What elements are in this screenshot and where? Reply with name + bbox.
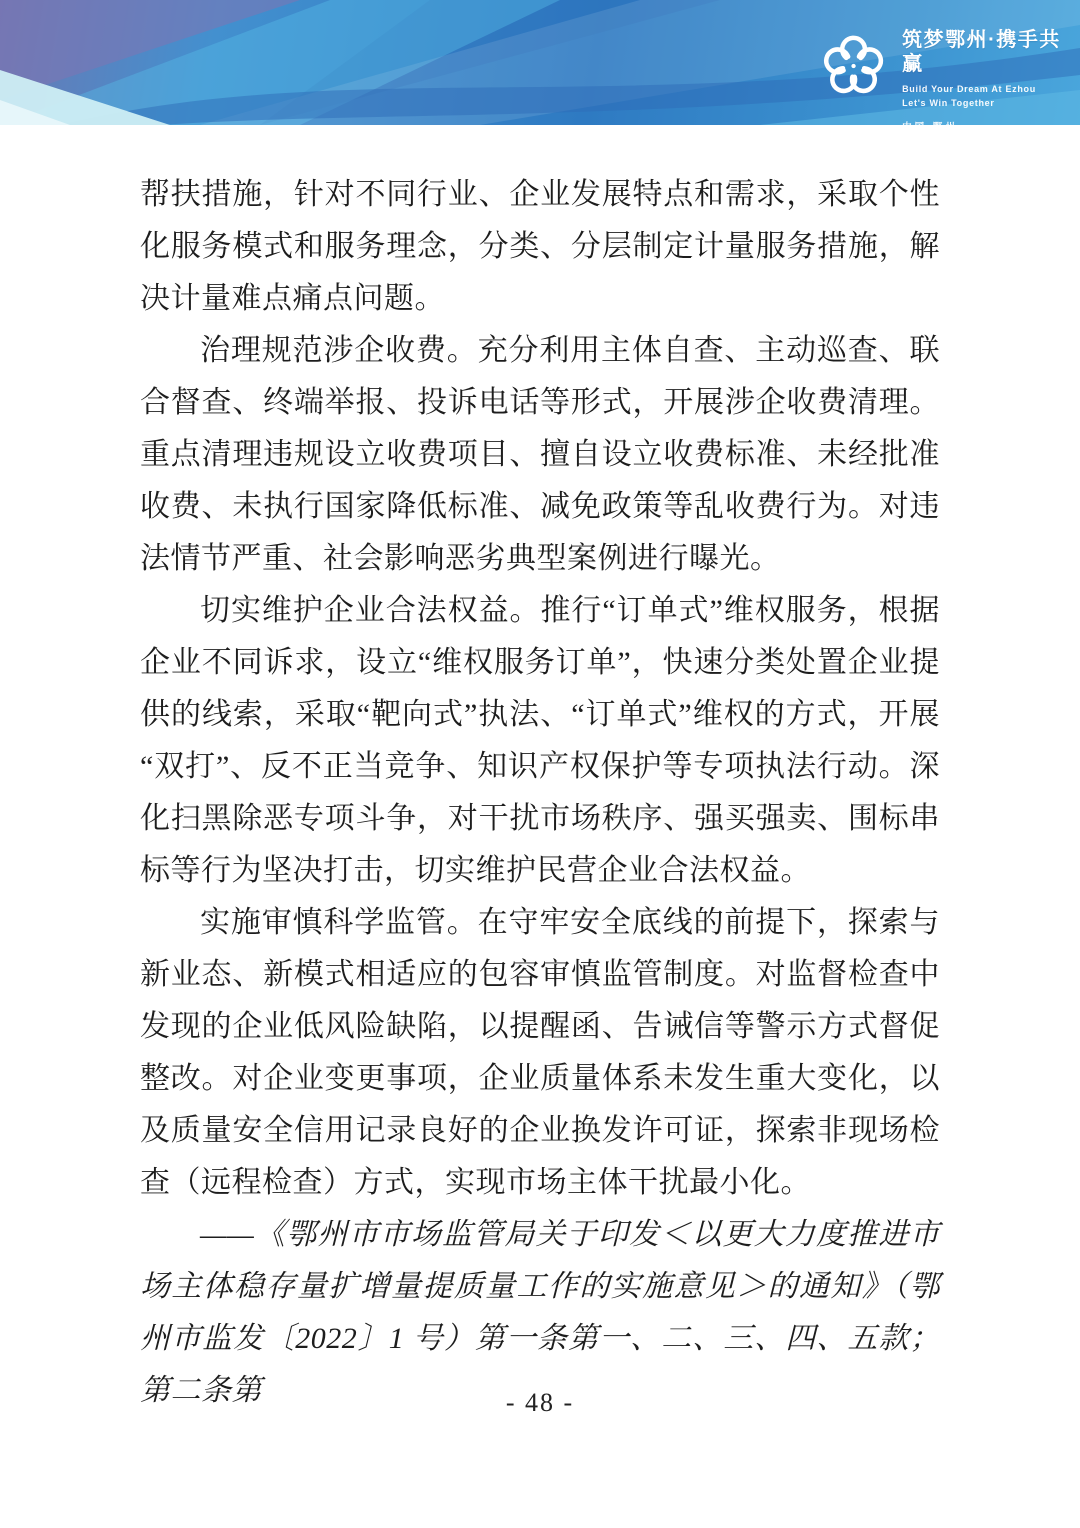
page-footer: - 48 -: [0, 1388, 1080, 1418]
paragraph-1: 帮扶措施，针对不同行业、企业发展特点和需求，采取个性化服务模式和服务理念，分类、…: [140, 169, 940, 325]
logo-title: 筑梦鄂州·携手共赢: [902, 28, 1080, 76]
paragraph-4: 实施审慎科学监管。在守牢安全底线的前提下，探索与新业态、新模式相适应的包容审慎监…: [140, 897, 940, 1209]
logo-subtitle-english-1: Build Your Dream At Ezhou: [902, 83, 1080, 96]
ezhou-logo: 筑梦鄂州·携手共赢 Build Your Dream At Ezhou Let'…: [818, 28, 1080, 125]
paragraph-2: 治理规范涉企收费。充分利用主体自查、主动巡查、联合督查、终端举报、投诉电话等形式…: [140, 325, 940, 585]
logo-subtitle-english-2: Let's Win Together: [902, 97, 1080, 110]
document-body: 帮扶措施，针对不同行业、企业发展特点和需求，采取个性化服务模式和服务理念，分类、…: [0, 125, 1080, 1417]
document-page: 筑梦鄂州·携手共赢 Build Your Dream At Ezhou Let'…: [0, 0, 1080, 1528]
logo-region: 中国 鄂州: [902, 119, 1080, 125]
header-banner: 筑梦鄂州·携手共赢 Build Your Dream At Ezhou Let'…: [0, 0, 1080, 125]
paragraph-citation: ——《鄂州市市场监管局关于印发＜以更大力度推进市场主体稳存量扩增量提质量工作的实…: [140, 1209, 940, 1417]
page-number: - 48 -: [506, 1388, 574, 1417]
plum-blossom-icon: [818, 30, 889, 102]
logo-text-block: 筑梦鄂州·携手共赢 Build Your Dream At Ezhou Let'…: [902, 28, 1080, 125]
paragraph-3: 切实维护企业合法权益。推行“订单式”维权服务，根据企业不同诉求，设立“维权服务订…: [140, 585, 940, 897]
